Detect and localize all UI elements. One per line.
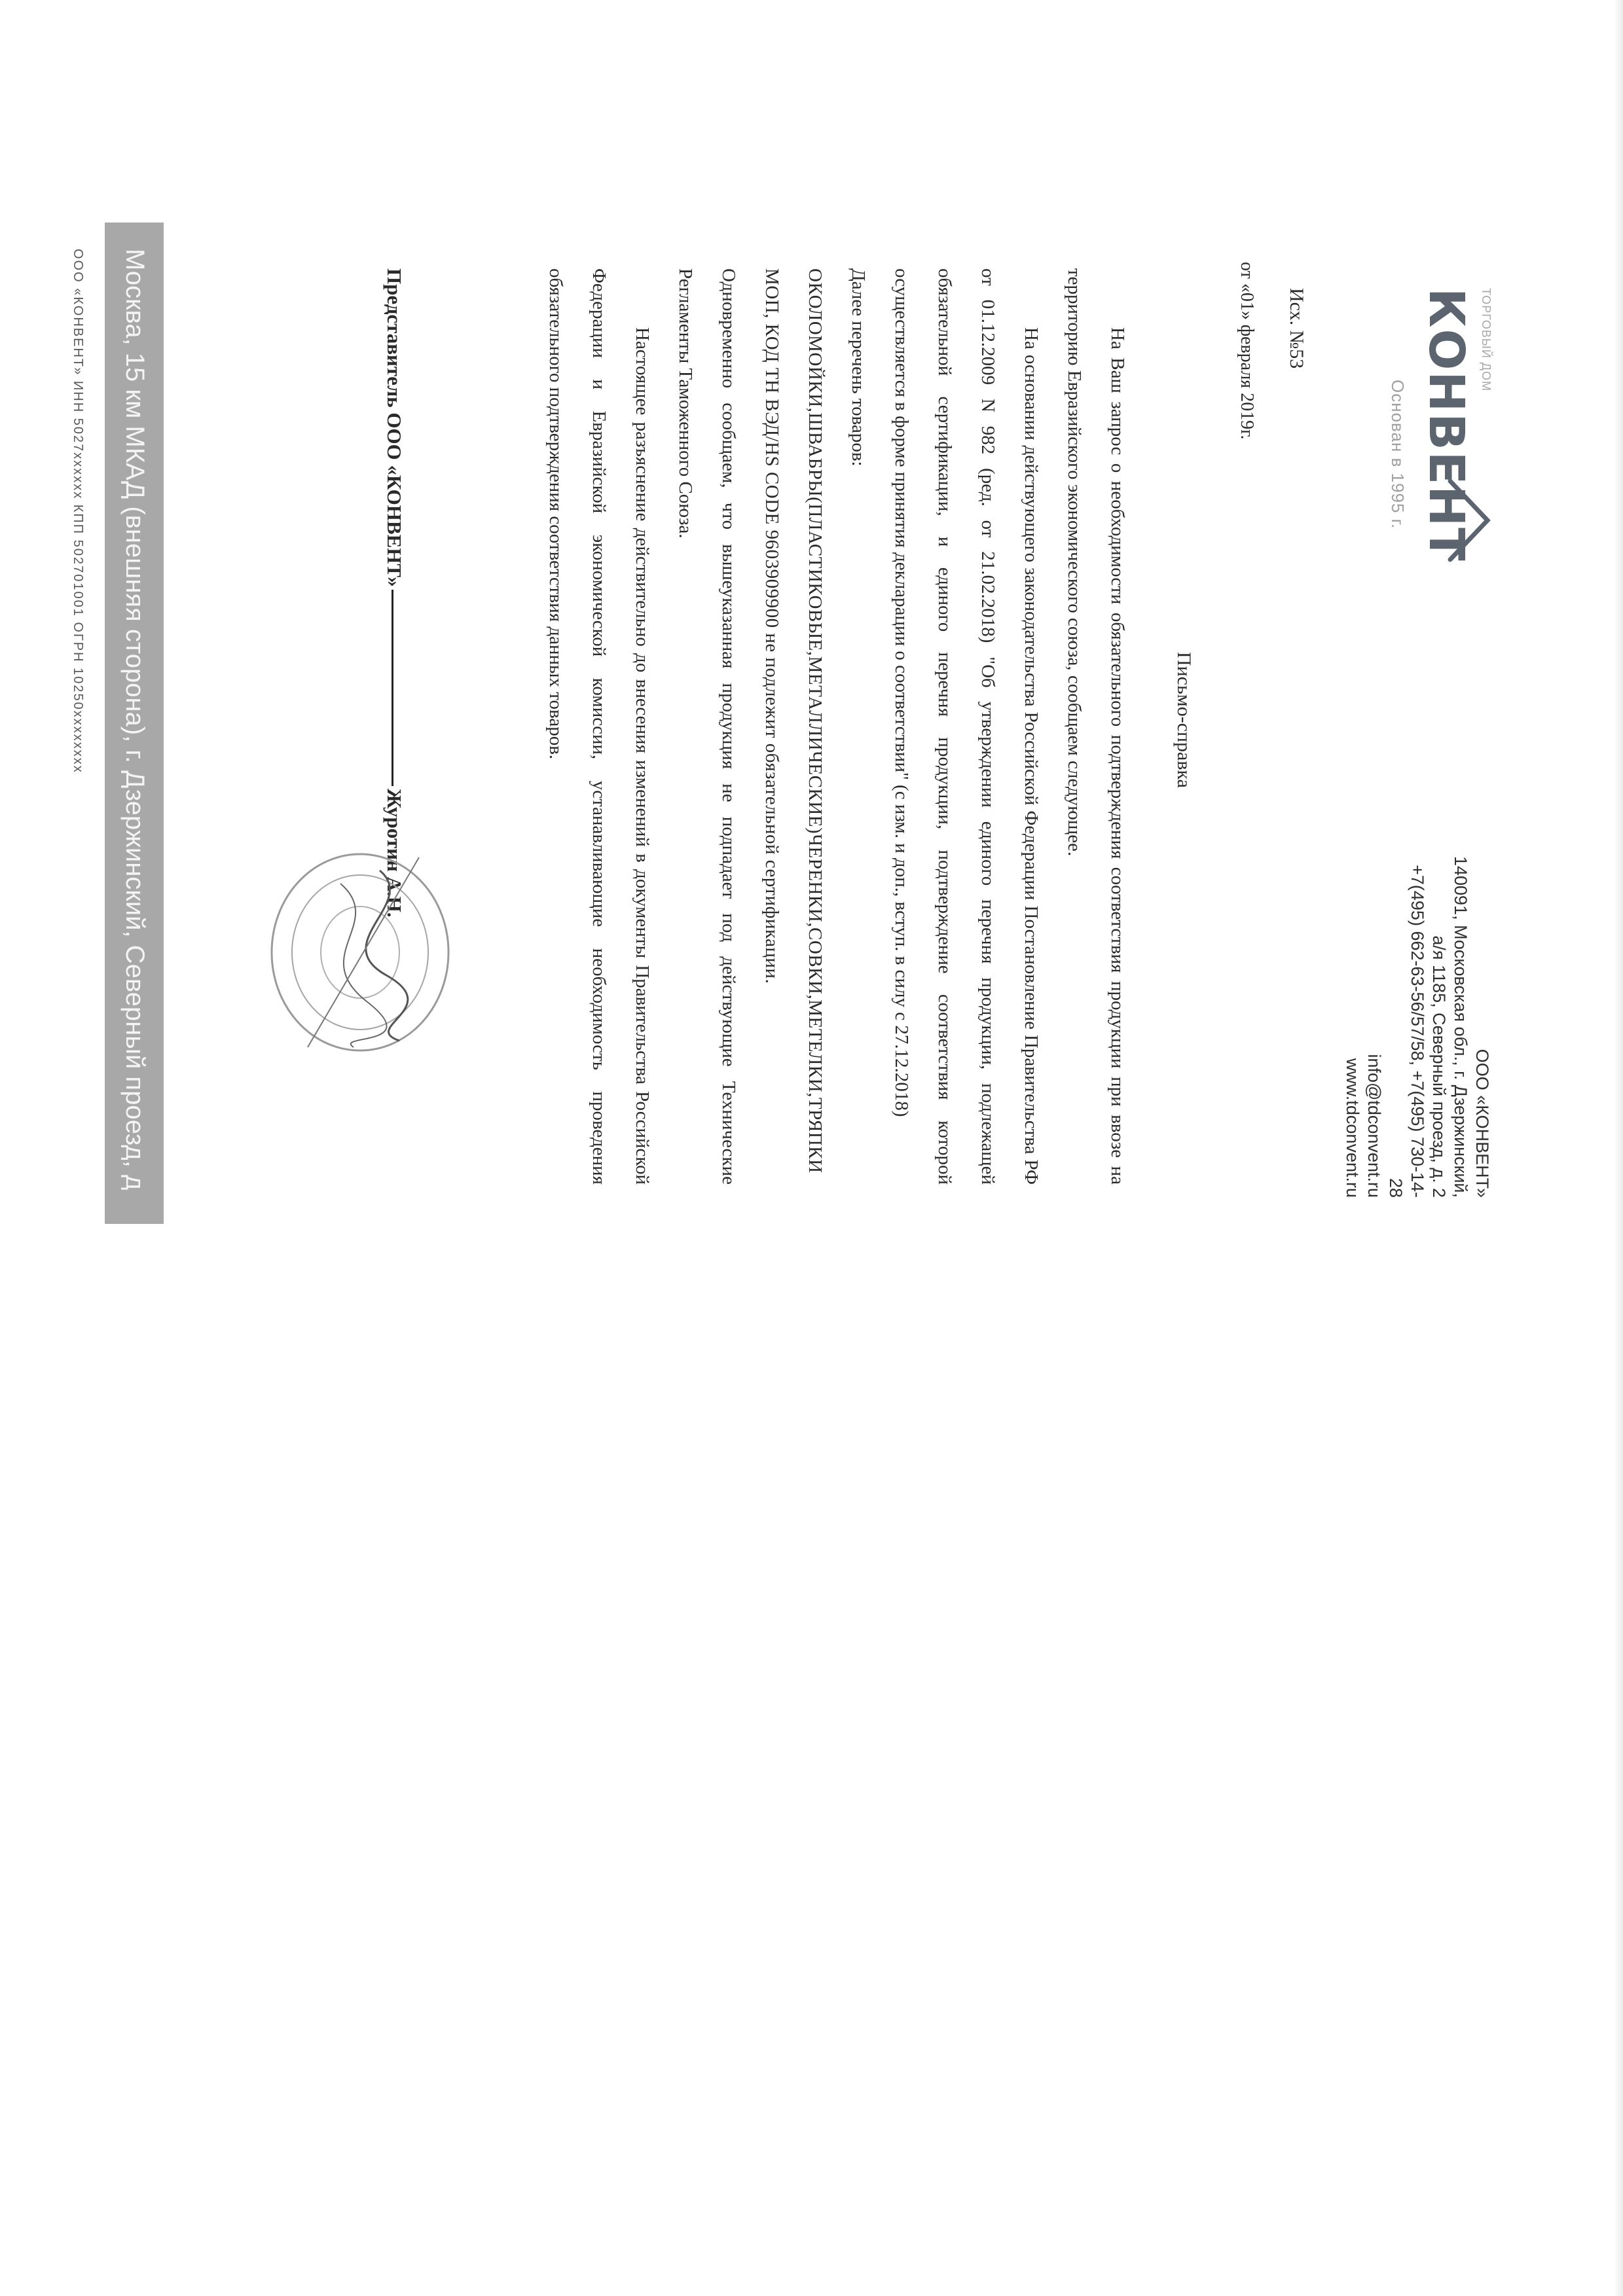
signer-role: Представитель ООО «КОНВЕНТ» — [383, 268, 406, 587]
paragraph-legal-basis: На основании действующего законодательст… — [880, 268, 1053, 1185]
paragraph-goods-list: ОКОЛОМОЙКИ,ШВАБРЫ(ПЛАСТИКОВЫЕ,МЕТАЛЛИЧЕС… — [750, 268, 837, 1185]
logo-wordmark: КОНВЕНТ — [1418, 288, 1474, 562]
rotated-letter-sheet: ТОРГОВЫЙ ДОМ КОНВЕНТ Основан в 1995 г. О… — [20, 223, 1525, 1217]
outgoing-number: Исх. №53 — [1283, 288, 1309, 440]
letter-title: Письмо-справка — [1173, 223, 1195, 1217]
company-logo: ТОРГОВЫЙ ДОМ КОНВЕНТ Основан в 1995 г. — [1362, 262, 1506, 602]
signature-line: Представитель ООО «КОНВЕНТ»Журотин А.Н. — [382, 268, 406, 918]
letter-body: На Ваш запрос о необходимости обязательн… — [534, 268, 1139, 1185]
letter-date: от «01» февраля 2019г. — [1233, 262, 1260, 440]
footer-address-band: Москва, 15 км МКАД (внешняя сторона), г.… — [105, 223, 164, 1224]
company-name: ООО «КОНВЕНТ» — [1471, 792, 1493, 1198]
company-email: info@tdconvent.ru — [1363, 792, 1385, 1198]
company-address-line-1: 140091, Московская обл., г. Дзержинский, — [1450, 792, 1471, 1198]
paragraph-request: На Ваш запрос о необходимости обязательн… — [1053, 268, 1139, 1185]
scan-edge-shadow — [1614, 0, 1623, 2296]
paragraph-goods-intro: Далее перечень товаров: — [837, 268, 880, 1185]
company-phones-tail: 28 — [1385, 792, 1406, 1198]
footer-requisites: ООО «КОНВЕНТ» ИНН 5027xxxxxx КПП 5027010… — [70, 249, 85, 774]
signature-stroke — [392, 590, 393, 786]
company-seal-stamp — [262, 844, 458, 1060]
logo-founded: Основан в 1995 г. — [1387, 380, 1408, 529]
company-phones: +7(495) 662-63-56/57/58, +7(495) 730-14- — [1406, 792, 1428, 1198]
paragraph-regulations: Одновременно сообщаем, что вышеуказанная… — [664, 268, 750, 1185]
company-website: www.tdconvent.ru — [1341, 792, 1363, 1198]
footer-address: Москва, 15 км МКАД (внешняя сторона), г.… — [120, 249, 149, 1190]
logo-tagline: ТОРГОВЫЙ ДОМ — [1479, 288, 1493, 391]
paragraph-validity: Настоящее разъяснение действительно до в… — [534, 268, 664, 1185]
company-contacts: ООО «КОНВЕНТ» 140091, Московская обл., г… — [1341, 792, 1493, 1198]
company-address-line-2: а/я 1185, Северный проезд, д. 2 — [1428, 792, 1450, 1198]
reference-block: Исх. №53 от «01» февраля 2019г. — [1233, 262, 1309, 440]
